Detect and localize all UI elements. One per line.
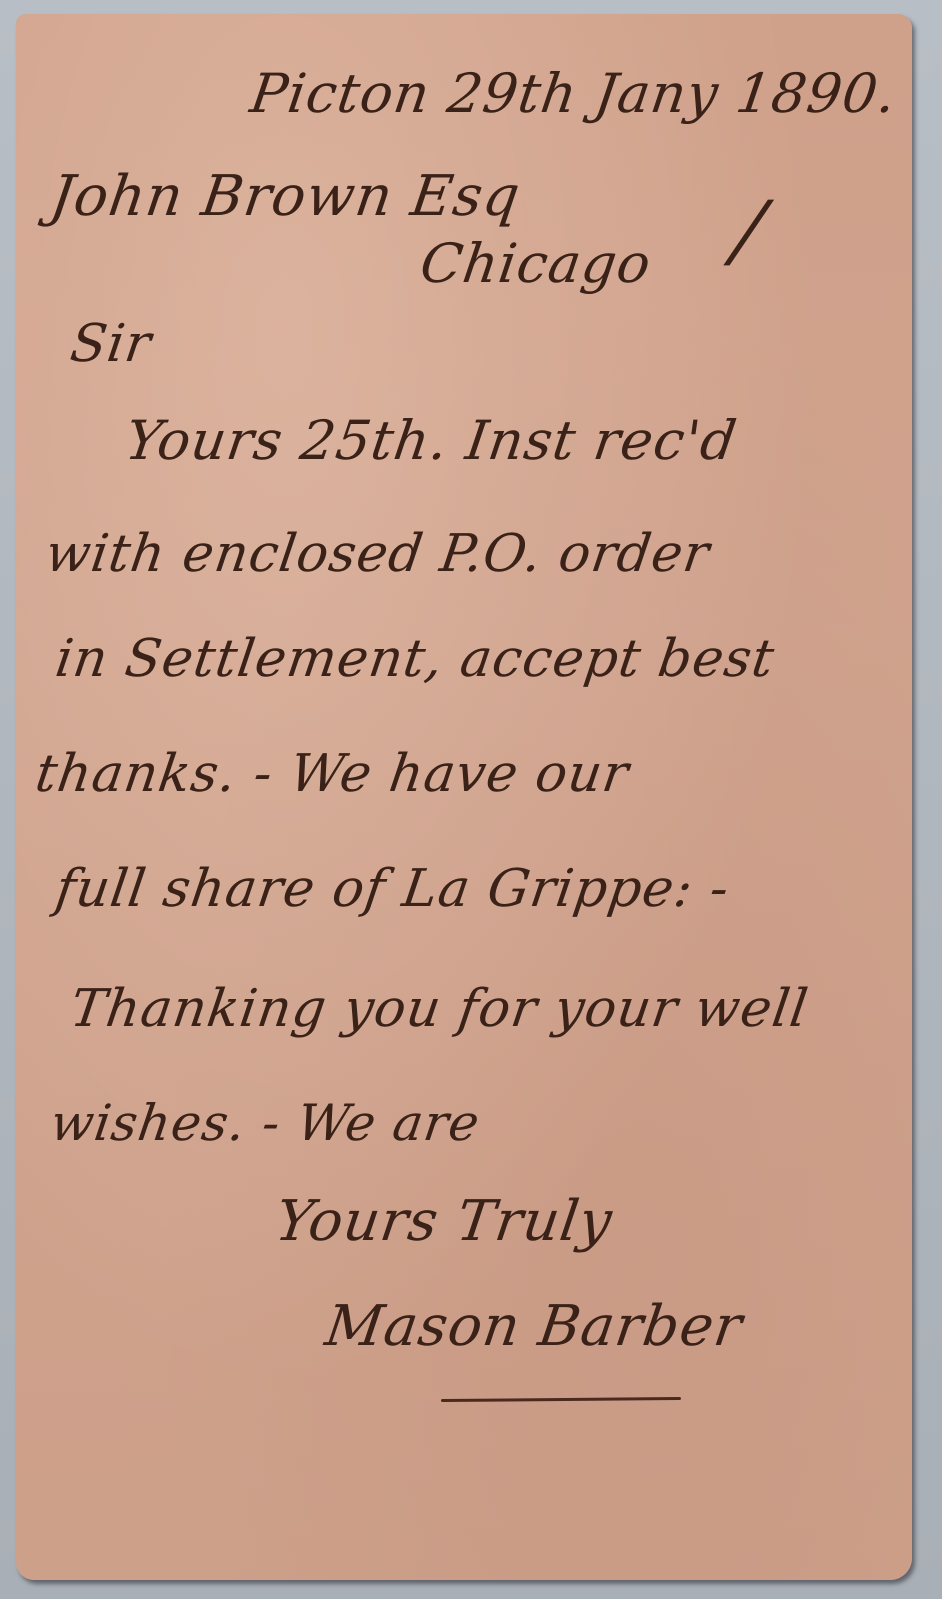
body-line: Thanking you for your well xyxy=(67,979,812,1039)
recipient-city: Chicago xyxy=(417,232,656,295)
body-line: wishes. - We are xyxy=(47,1094,484,1152)
body-line: Yours 25th. Inst rec'd xyxy=(122,409,741,472)
slash-mark: / xyxy=(719,184,781,277)
body-line: full share of La Grippe: - xyxy=(52,859,733,919)
postcard: Picton 29th Jany 1890. John Brown Esq Ch… xyxy=(16,14,912,1580)
recipient-name: John Brown Esq xyxy=(46,164,524,229)
body-line: thanks. - We have our xyxy=(32,744,633,804)
place-date: Picton 29th Jany 1890. xyxy=(247,62,901,125)
body-line: in Settlement, accept best xyxy=(52,629,779,689)
body-line: with enclosed P.O. order xyxy=(42,524,714,584)
signature: Mason Barber xyxy=(321,1294,746,1359)
closing: Yours Truly xyxy=(271,1189,616,1254)
scan-background: Picton 29th Jany 1890. John Brown Esq Ch… xyxy=(0,0,942,1599)
signature-underline xyxy=(441,1397,681,1402)
salutation: Sir xyxy=(67,314,156,374)
